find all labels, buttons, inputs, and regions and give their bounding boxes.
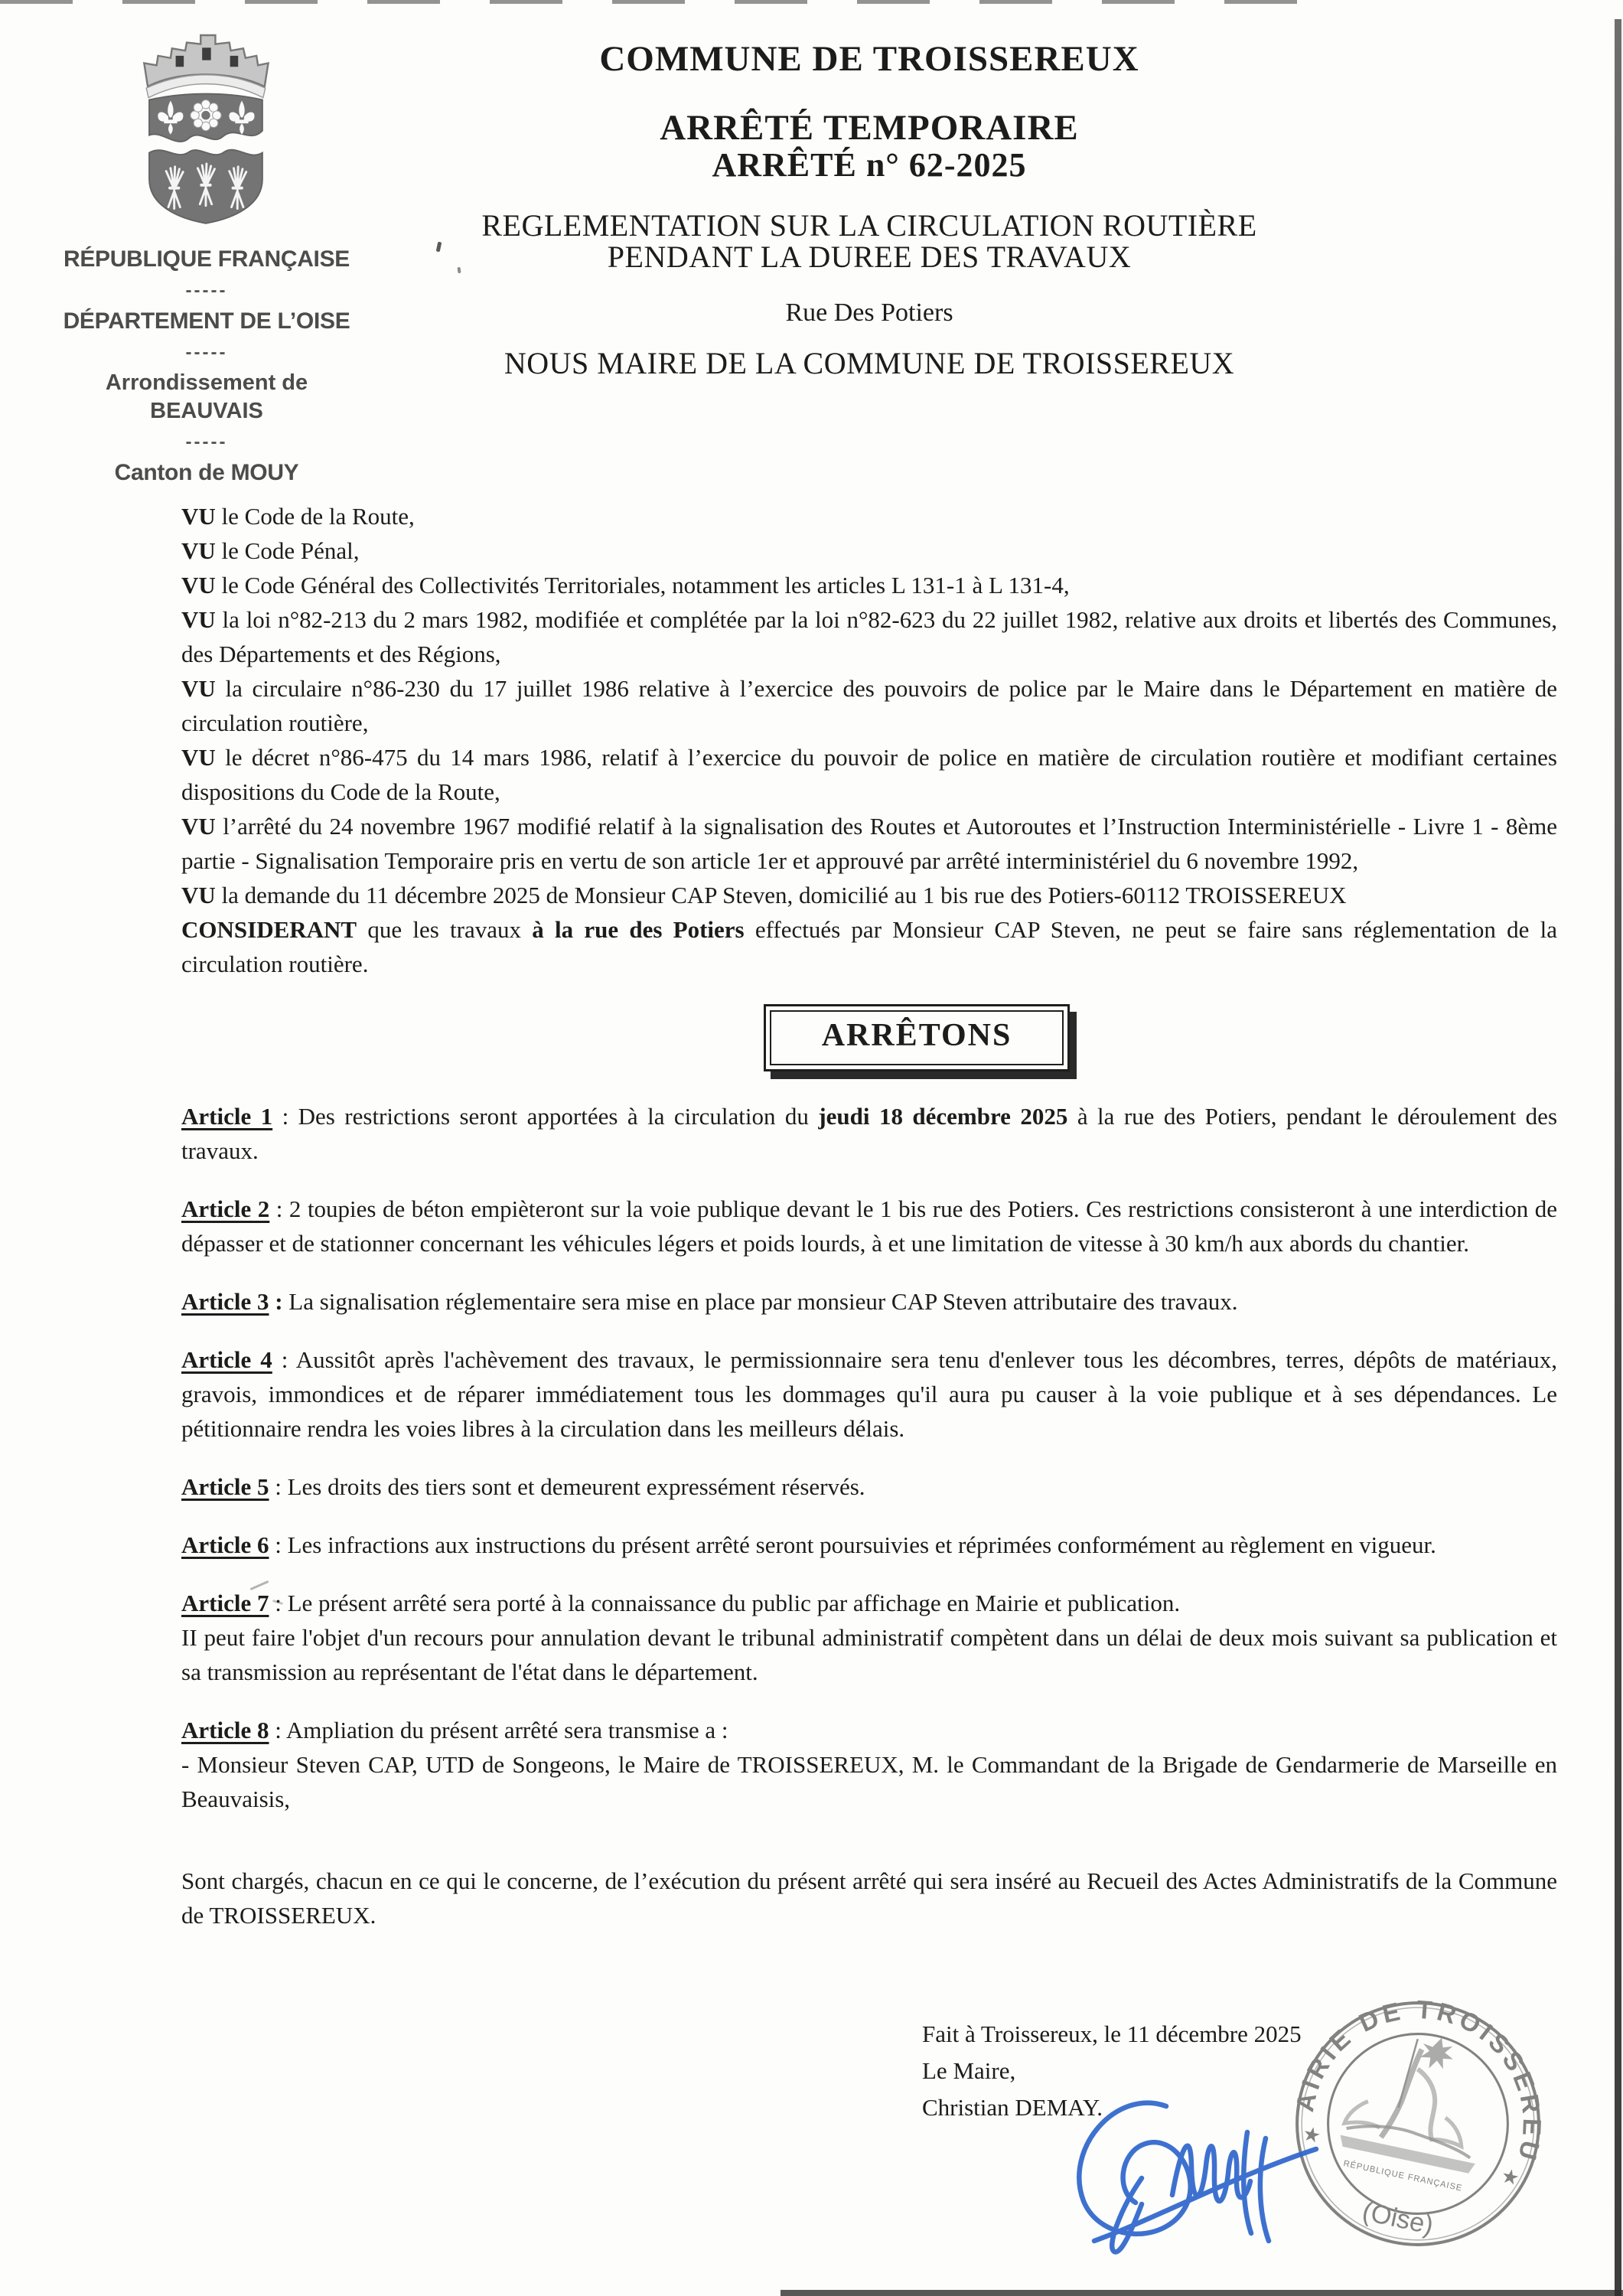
decree-number-title: ARRÊTÉ n° 62-2025 [383, 145, 1356, 184]
canton-label: Canton de MOUY [38, 458, 375, 488]
recital: VU le Code Général des Collectivités Ter… [181, 568, 1557, 602]
arrondissement-label-line1: Arrondissement de [38, 369, 375, 397]
place-date-line: Fait à Troissereux, le 11 décembre 2025 [922, 2016, 1302, 2053]
arretons-banner-row: ARRÊTONS [181, 1004, 1557, 1071]
decree-type-title: ARRÊTÉ TEMPORAIRE [383, 107, 1356, 148]
article-1: Article 1 : Des restrictions seront appo… [181, 1099, 1557, 1168]
coat-of-arms-icon [132, 26, 279, 228]
svg-text:MAIRIE DE TROISSEREUX: MAIRIE DE TROISSEREUX [1290, 1996, 1546, 2167]
authority-line: NOUS MAIRE DE LA COMMUNE DE TROISSEREUX [383, 345, 1356, 381]
scan-edge-right [1615, 19, 1621, 2296]
star-icon: ★ [1499, 2164, 1521, 2190]
arretons-box: ARRÊTONS [764, 1004, 1071, 1071]
stamp-statue-icon [1338, 2021, 1500, 2174]
recital: VU l’arrêté du 24 novembre 1967 modifié … [181, 809, 1557, 878]
article-5: Article 5 : Les droits des tiers sont et… [181, 1469, 1557, 1504]
recital: CONSIDERANT que les travaux à la rue des… [181, 912, 1557, 981]
recital: VU le Code de la Route, [181, 499, 1557, 533]
divider: ----- [38, 344, 375, 362]
article-7: Article 7 : Le présent arrêté sera porté… [181, 1586, 1557, 1689]
article-3: Article 3 : La signalisation réglementai… [181, 1284, 1557, 1319]
divider: ----- [38, 433, 375, 452]
divider: ----- [38, 282, 375, 300]
document-header: COMMUNE DE TROISSEREUX ARRÊTÉ TEMPORAIRE… [383, 0, 1356, 398]
stamp-arc-text: MAIRIE DE TROISSEREUX [1290, 1996, 1546, 2167]
arretons-label: ARRÊTONS [770, 1010, 1064, 1065]
mairie-stamp: MAIRIE DE TROISSEREUX (Oise) ★ ★ RÉPUBLI… [1290, 1996, 1546, 2252]
article-8: Article 8 : Ampliation du présent arrêté… [181, 1713, 1557, 1816]
scanned-decree-page: RÉPUBLIQUE FRANÇAISE ----- DÉPARTEMENT D… [0, 0, 1623, 2296]
republic-label: RÉPUBLIQUE FRANÇAISE [38, 245, 375, 274]
recital: VU le Code Pénal, [181, 533, 1557, 568]
department-label: DÉPARTEMENT DE L’OISE [38, 307, 375, 336]
recital: VU la loi n°82-213 du 2 mars 1982, modif… [181, 602, 1557, 671]
subject-line2: PENDANT LA DUREE DES TRAVAUX [383, 239, 1356, 275]
recital: VU le décret n°86-475 du 14 mars 1986, r… [181, 740, 1557, 809]
scan-edge-bottom [781, 2290, 1623, 2296]
decree-body: VU le Code de la Route, VU le Code Pénal… [181, 499, 1557, 1932]
commune-title: COMMUNE DE TROISSEREUX [383, 38, 1356, 80]
street-name: Rue Des Potiers [383, 298, 1356, 328]
article-2: Article 2 : 2 toupies de béton empiètero… [181, 1192, 1557, 1261]
article-4: Article 4 : Aussitôt après l'achèvement … [181, 1342, 1557, 1446]
recital: VU la circulaire n°86-230 du 17 juillet … [181, 671, 1557, 740]
recital: VU la demande du 11 décembre 2025 de Mon… [181, 878, 1557, 912]
subject-line1: REGLEMENTATION SUR LA CIRCULATION ROUTIÈ… [383, 207, 1356, 243]
article-6: Article 6 : Les infractions aux instruct… [181, 1528, 1557, 1562]
mayor-signature [1050, 2059, 1325, 2273]
sidebar-administrative-block: RÉPUBLIQUE FRANÇAISE ----- DÉPARTEMENT D… [38, 245, 375, 488]
arrondissement-label-line2: BEAUVAIS [38, 397, 375, 426]
execution-clause: Sont chargés, chacun en ce qui le concer… [181, 1864, 1557, 1932]
